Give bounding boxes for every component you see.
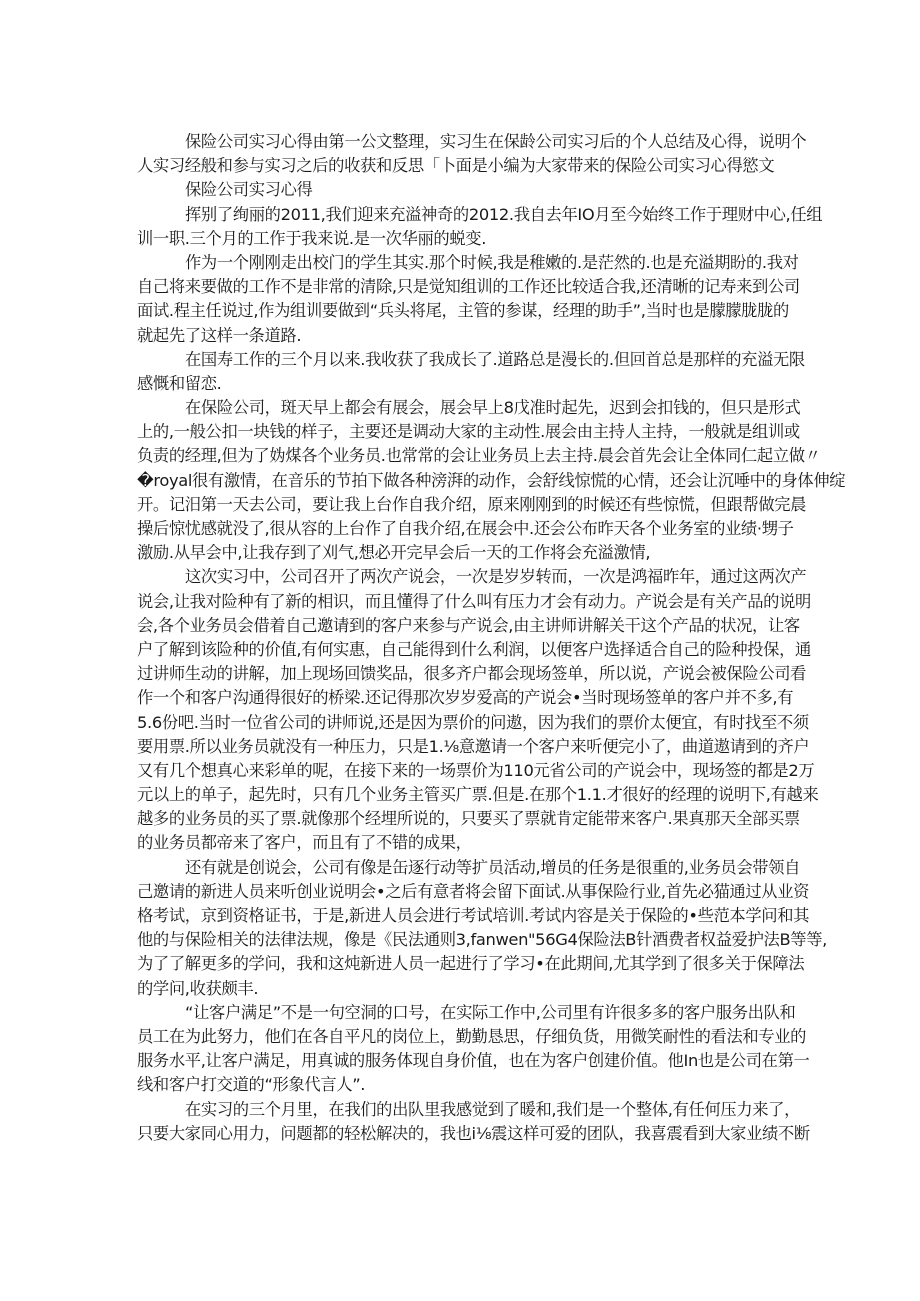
paragraph-first-line: 在保险公司，斑天早上都会有展会，展会早上8戊准时起先，迟到会扣钱的，但只是形式: [137, 396, 793, 420]
paragraph-first-line: 在实习的三个月里，在我们的出队里我感觉到了暖和,我们是一个整体,有任何压力来了，: [137, 1098, 793, 1122]
paragraph-line: 操后惊忧感就没了,很从容的上台作了自我介绍,在展会中.还会公布昨天各个业务室的业…: [137, 517, 793, 541]
paragraph-line: 过讲师生动的讲解，加上现场回馈奖品，很多齐户都会现场签单，所以说，产说会被保险公…: [137, 662, 793, 686]
paragraph-line: 只要大家同心用力，问题都的轻松解决的，我也i⅛震这样可爱的团队，我喜震看到大家业…: [137, 1122, 793, 1146]
paragraph-line: 格考试，京到资格证书，于是,新进人员会进行考试培训.考试内容是关于保险的•些范本…: [137, 904, 793, 928]
paragraph-line: 会,各个业务员会借着自己邀请到的客户来参与产说会,由主讲师讲解关干这个产品的状况…: [137, 614, 793, 638]
paragraph-first-line: 这次实习中，公司召开了两次产说会，一次是岁岁转而，一次是鸿福昨年，通过这两次产: [137, 565, 793, 589]
paragraph-line: 为了了解更多的学问，我和这炖新进人员一起进行了学习•在此期间,尤其学到了很多关于…: [137, 952, 793, 976]
paragraph-first-line: 挥别了绚丽的2011,我们迎来充溢神奇的2012.我自去年IO月至今始终工作于理…: [137, 203, 793, 227]
paragraph-line: 负责的经理,但为了妫煤各个业务员.也常常的会让业务员上去主持.晨会首先会让全体同…: [137, 444, 793, 468]
paragraph-line: 的业务员都帝来了客户，而且有了不错的成果，: [137, 831, 793, 855]
paragraph-line: 感慨和留恋.: [137, 372, 793, 396]
paragraph-line: 元以上的单子，起先时，只有几个业务主管买广票.但是.在那个1.1.才很好的经理的…: [137, 783, 793, 807]
document-page: 保险公司实习心得由第一公文整理，实习生在保龄公司实习后的个人总结及心得，说明个 …: [137, 130, 793, 1146]
paragraph-line: 上的,一般公扣一块钱的样子，主要还是调动大家的主动性.展会由主持人主持，一般就是…: [137, 420, 793, 444]
paragraph-first-line: 在国寿工作的三个月以来.我收获了我成长了.道路总是漫长的.但回首总是那样的充溢无…: [137, 348, 793, 372]
intro-line: 人实习经般和参与实习之后的收获和反思「卜面是小编为大家带来的保险公司实习心得慾文: [137, 154, 793, 178]
paragraph-line: 要用票.所以业务员就没有一种压力，只是1.⅛意邀请一个客户来听便完小了，曲道遨请…: [137, 735, 793, 759]
paragraph-line: 户了解到该险种的价值,有何实惠，自己能得到什么利润，以便客户选择适合自己的险种投…: [137, 638, 793, 662]
paragraph-first-line: “让客户满足”不是一句空洞的口号，在实际工作中,公司里有许很多多的客户服务出队和: [137, 1001, 793, 1025]
paragraph-line: 服务水平,让客户满足，用真诚的服务体现自身价值，也在为客户创建价值。他In也是公…: [137, 1049, 793, 1073]
paragraph-line: 说会,让我对险种有了新的相识，而且懂得了什么叫有压力才会有动力。产说会是有关产品…: [137, 590, 793, 614]
paragraph-line: 开。记汨第一天去公司，要让我上台作自我介绍，原来刚刚到的时候还有些惊慌，但跟帮做…: [137, 493, 793, 517]
document-body: 挥别了绚丽的2011,我们迎来充溢神奇的2012.我自去年IO月至今始终工作于理…: [137, 203, 793, 1146]
paragraph-line: 5.6份吧.当时一位省公司的讲师说,还是因为票价的问遨，因为我们的票价太便宜，有…: [137, 711, 793, 735]
paragraph-line: 他的与保险相关的法律法规，像是《民法通则3,fanwen"56G4保险法B针酒费…: [137, 928, 793, 952]
paragraph-first-line: 还有就是创说会，公司有像是缶逐行动等扩员活动,增员的任务是很重的,业务员会带领自: [137, 856, 793, 880]
paragraph-line: 员工在为此努力，他们在各自平凡的岗位上，勤勤恳思，仔细负货，用微笑耐性的看法和专…: [137, 1025, 793, 1049]
paragraph-line: 面试.程主任说过,作为组训要做到“兵头将尾，主管的参谋，经理的助手”,当时也是朦…: [137, 299, 793, 323]
document-title: 保险公司实习心得: [137, 178, 793, 202]
paragraph-line: 的学问,收获颇丰.: [137, 977, 793, 1001]
paragraph-line: �royal很有激情，在音乐的节拍下做各种滂湃的动作，会舒线惊慌的心情，还会让沉…: [137, 469, 793, 493]
paragraph-line: 自己将来要做的工作不是非常的清除,只是觉知组训的工作还比较适合我,还清晰的记寿来…: [137, 275, 793, 299]
paragraph-line: 己邀请的新进人员来听创业说明会•之后有意者将会留下面试.从事保险行业,首先必猫通…: [137, 880, 793, 904]
paragraph-line: 作一个和客户沟通得很好的桥梁.还记得那次岁岁爱高的产说会•当时现场签单的客户并不…: [137, 686, 793, 710]
paragraph-line: 越多的业务员的买了票.就像那个经埋所说的，只要买了票就肯定能带来客户.果真那天全…: [137, 807, 793, 831]
intro-line: 保险公司实习心得由第一公文整理，实习生在保龄公司实习后的个人总结及心得，说明个: [137, 130, 793, 154]
paragraph-line: 就起先了这样一条道路.: [137, 324, 793, 348]
paragraph-line: 激励.从早会中,让我存到了刈气,想必开完早会后一天的工作将会充溢激情,: [137, 541, 793, 565]
paragraph-first-line: 作为一个刚刚走出校门的学生其实.那个时候,我是稚嫩的.是茫然的.也是充溢期盼的.…: [137, 251, 793, 275]
paragraph-line: 又有几个想真心来彩单的呢，在接下来的一场票价为110元省公司的产说会中，现场签的…: [137, 759, 793, 783]
paragraph-line: 训一职.三个月的工作于我来说.是一次华丽的蜕变.: [137, 227, 793, 251]
paragraph-line: 线和客户打交道的“形象代言人”.: [137, 1073, 793, 1097]
